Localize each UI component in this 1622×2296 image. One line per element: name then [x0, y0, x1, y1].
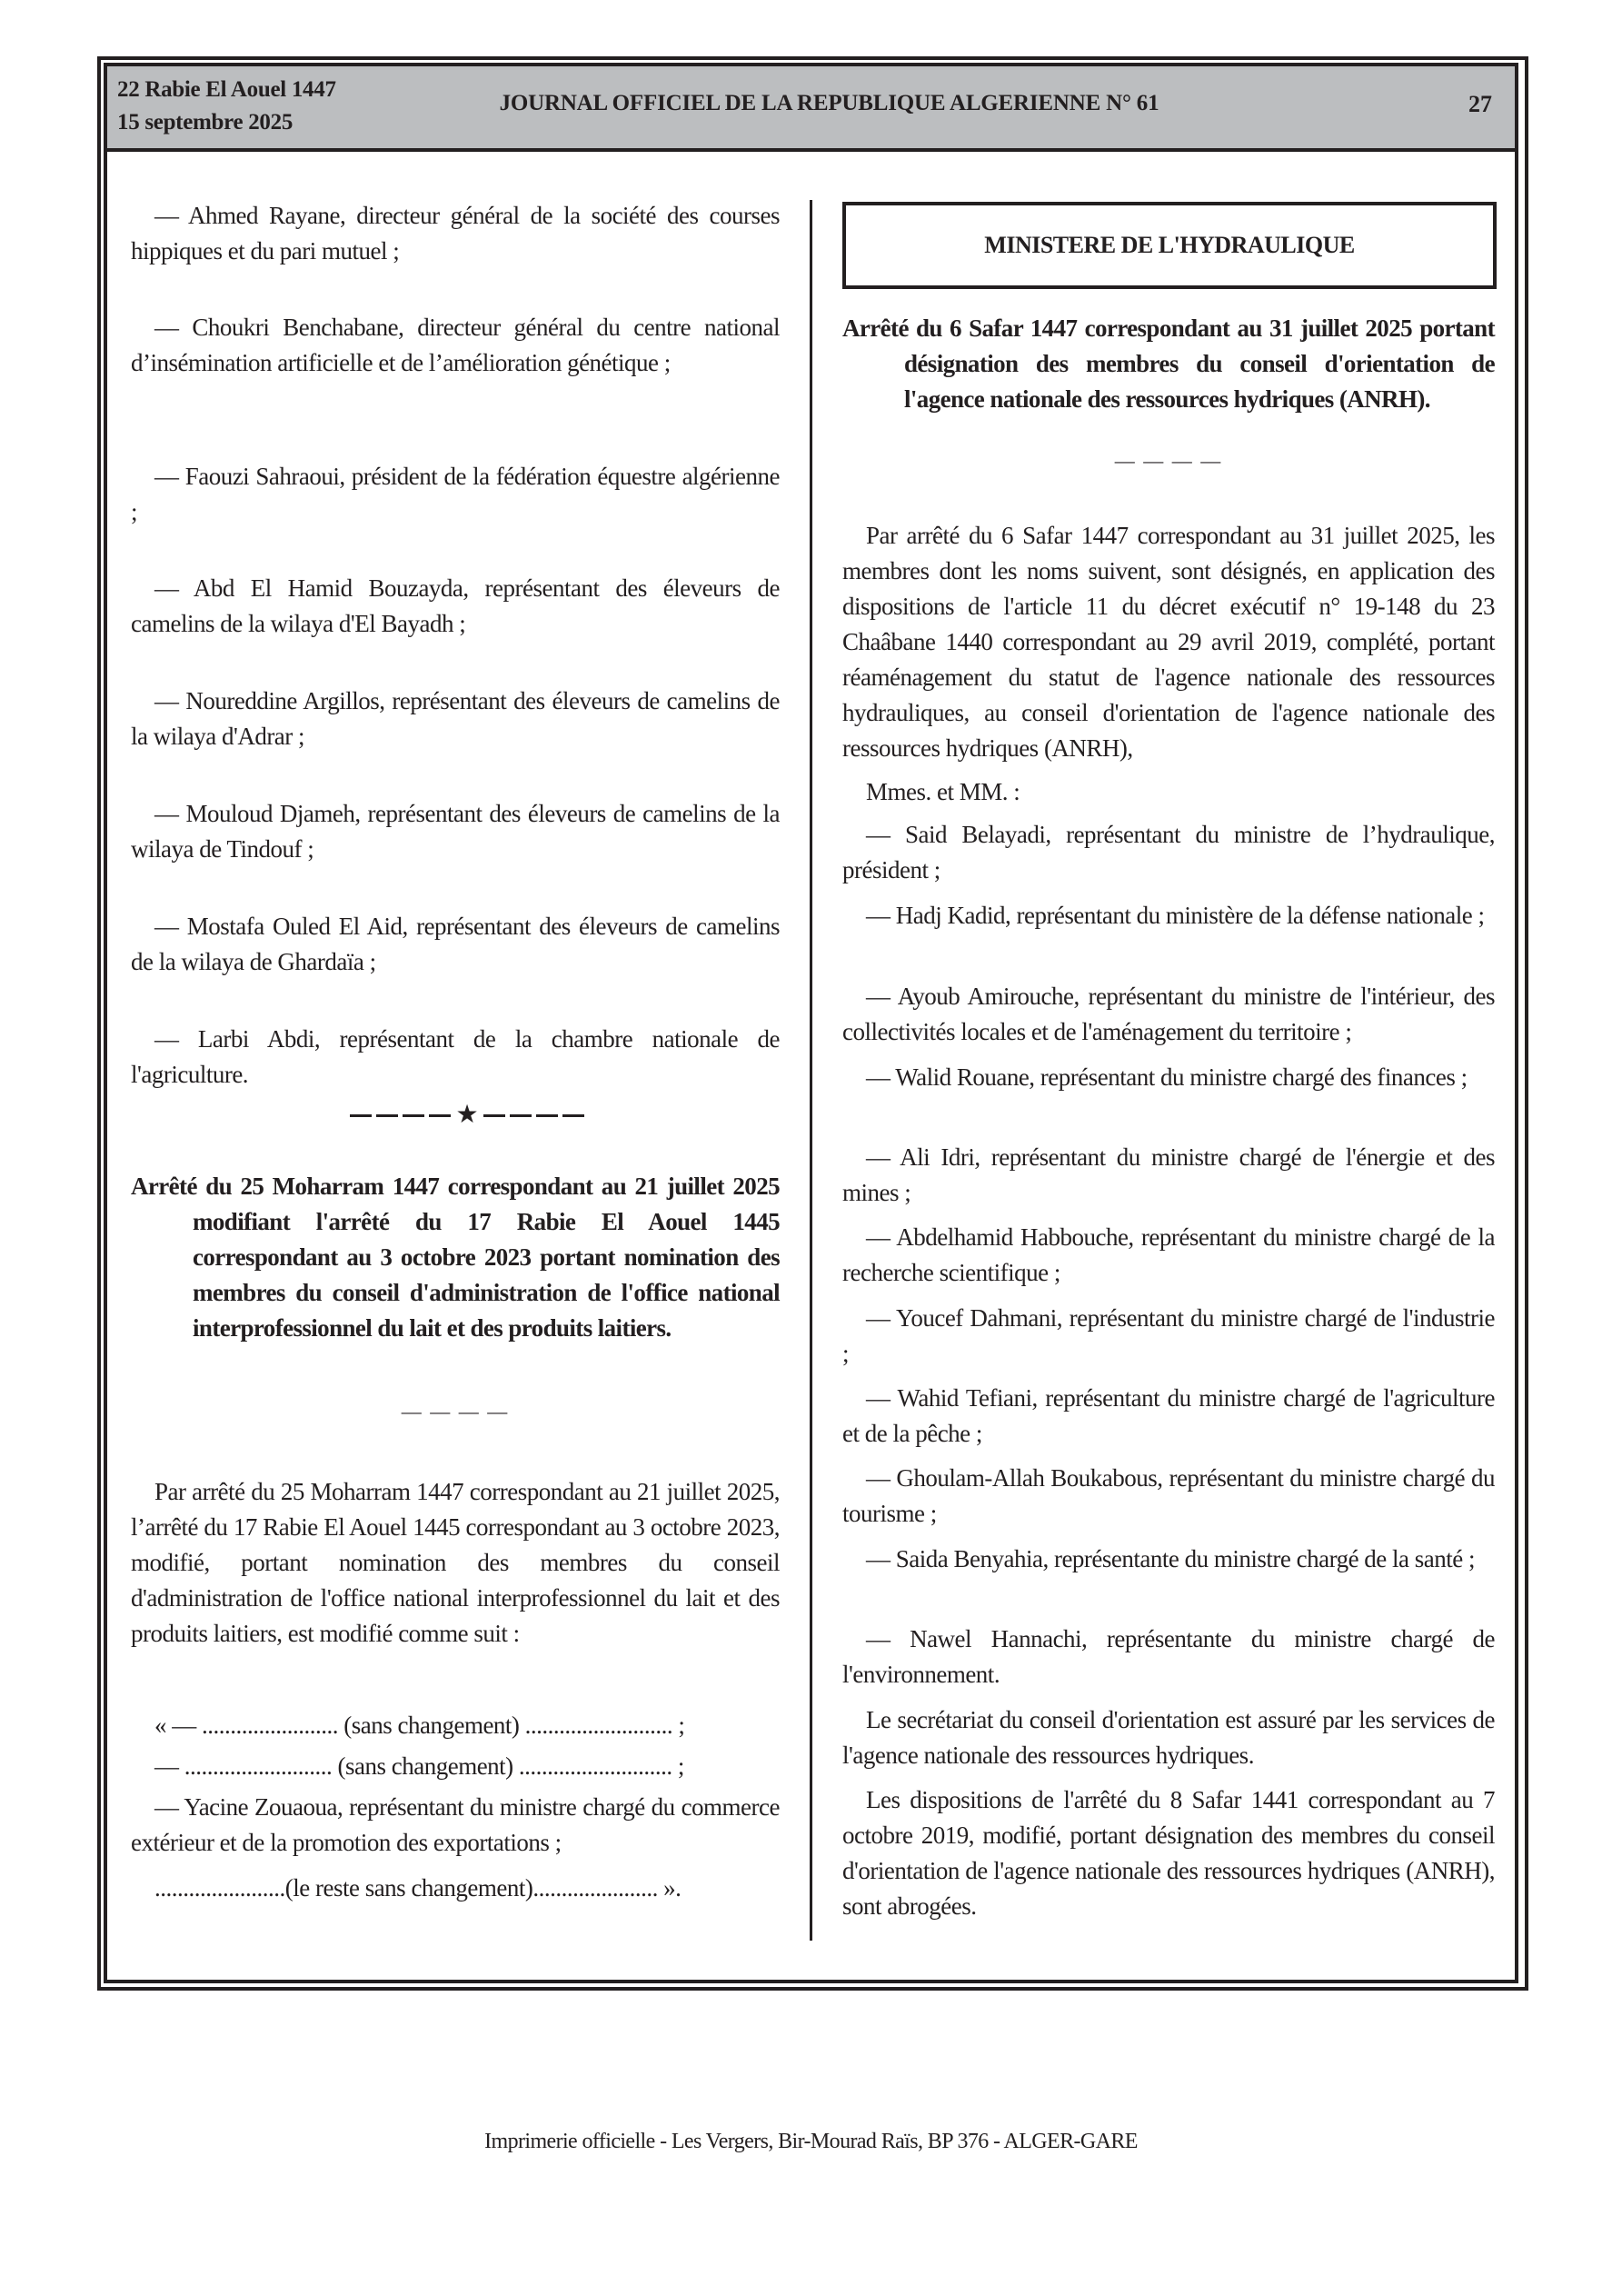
- unchanged-line: « — ........................ (sans chang…: [154, 1708, 684, 1743]
- member-item: — Youcef Dahmani, représentant du minist…: [842, 1301, 1495, 1372]
- salutation: Mmes. et MM. :: [842, 774, 1495, 810]
- member-item: — Mostafa Ouled El Aid, représentant des…: [131, 909, 780, 980]
- abrogation-paragraph: Les dispositions de l'arrêté du 8 Safar …: [842, 1782, 1495, 1924]
- title-dashes: — — — —: [131, 1400, 780, 1423]
- member-item: — Larbi Abdi, représentant de la chambre…: [131, 1022, 780, 1093]
- member-item: — Ghoulam-Allah Boukabous, représentant …: [842, 1461, 1495, 1532]
- member-item: — Abd El Hamid Bouzayda, représentant de…: [131, 571, 780, 642]
- arrete-body: Par arrêté du 6 Safar 1447 correspondant…: [842, 518, 1495, 766]
- star-icon: ★: [455, 1103, 478, 1128]
- unchanged-line: — .......................... (sans chang…: [154, 1749, 684, 1784]
- section-separator: ★: [350, 1102, 584, 1129]
- member-item: — Mouloud Djameh, représentant des éleve…: [131, 796, 780, 867]
- member-item: — Walid Rouane, représentant du ministre…: [842, 1060, 1495, 1095]
- member-item: — Faouzi Sahraoui, président de la fédér…: [131, 459, 780, 530]
- member-item: — Hadj Kadid, représentant du ministère …: [842, 898, 1495, 933]
- journal-header: 22 Rabie El Aouel 1447 15 septembre 2025…: [107, 66, 1515, 152]
- arrete-title: Arrêté du 6 Safar 1447 correspondant au …: [842, 311, 1495, 417]
- member-item: — Ali Idri, représentant du ministre cha…: [842, 1140, 1495, 1211]
- secretariat-paragraph: Le secrétariat du conseil d'orientation …: [842, 1702, 1495, 1773]
- printer-footer: Imprimerie officielle - Les Vergers, Bir…: [0, 2130, 1622, 2154]
- ministry-heading: MINISTERE DE L'HYDRAULIQUE: [984, 232, 1354, 259]
- ministry-heading-box: MINISTERE DE L'HYDRAULIQUE: [842, 202, 1497, 289]
- member-item: — Choukri Benchabane, directeur général …: [131, 310, 780, 381]
- arrete-title: Arrêté du 25 Moharram 1447 correspondant…: [131, 1169, 780, 1346]
- member-item: — Noureddine Argillos, représentant des …: [131, 684, 780, 754]
- member-item: — Said Belayadi, représentant du ministr…: [842, 817, 1495, 888]
- member-item: — Ayoub Amirouche, représentant du minis…: [842, 979, 1495, 1050]
- arrete-body: Par arrêté du 25 Moharram 1447 correspon…: [131, 1474, 780, 1652]
- rest-unchanged-line: .......................(le reste sans ch…: [154, 1871, 681, 1906]
- member-item: — Saida Benyahia, représentante du minis…: [842, 1542, 1495, 1577]
- journal-title: JOURNAL OFFICIEL DE LA REPUBLIQUE ALGERI…: [107, 91, 1515, 116]
- member-item: — Ahmed Rayane, directeur général de la …: [131, 198, 780, 269]
- page-number: 27: [1468, 91, 1492, 118]
- member-item: — Nawel Hannachi, représentante du minis…: [842, 1622, 1495, 1692]
- title-dashes: — — — —: [842, 449, 1495, 473]
- column-divider: [810, 200, 812, 1941]
- member-item: — Yacine Zouaoua, représentant du minist…: [131, 1790, 780, 1861]
- member-item: — Abdelhamid Habbouche, représentant du …: [842, 1220, 1495, 1291]
- member-item: — Wahid Tefiani, représentant du ministr…: [842, 1381, 1495, 1452]
